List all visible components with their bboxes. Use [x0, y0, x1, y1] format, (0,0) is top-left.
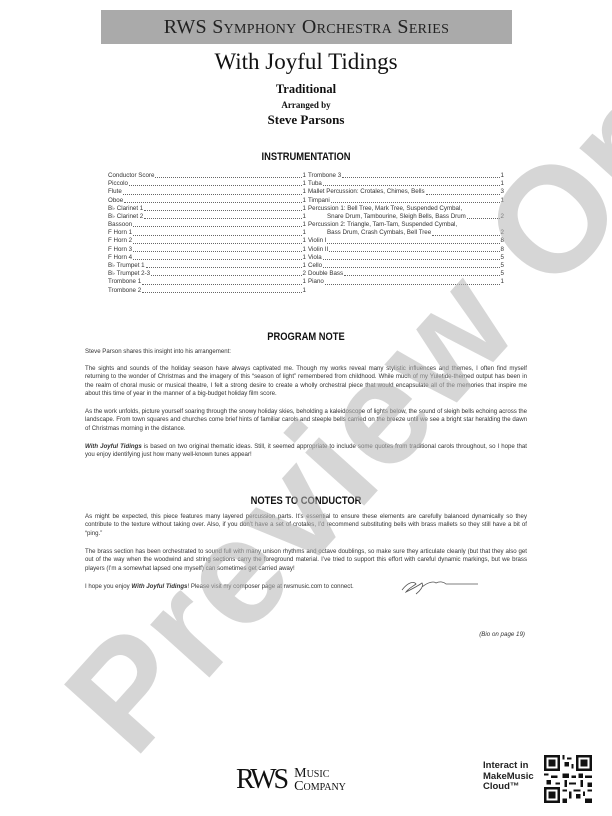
- instrument-name: Timpani: [308, 197, 330, 205]
- instrument-name-continued: Snare Drum, Tambourine, Sleigh Bells, Ba…: [308, 213, 504, 221]
- instrument-quantity: 1: [303, 172, 306, 180]
- instrument-row: F Horn 31: [108, 246, 306, 254]
- instrument-quantity: 1: [303, 278, 306, 286]
- instrument-name: Percussion 2: Triangle, Tam-Tam, Suspend…: [308, 221, 504, 229]
- instrument-row: Percussion 2: Triangle, Tam-Tam, Suspend…: [308, 221, 504, 237]
- instrument-quantity: 5: [501, 254, 504, 262]
- instrument-name: B♭ Trumpet 1: [108, 262, 145, 270]
- dot-leader: [146, 267, 302, 268]
- dot-leader: [155, 177, 301, 178]
- rws-logo-mark: RWS: [236, 764, 286, 796]
- dot-leader: [123, 194, 302, 195]
- instrument-name: B♭ Clarinet 2: [108, 213, 143, 221]
- program-note-intro: Steve Parson shares this insight into hi…: [85, 348, 527, 356]
- instrument-name: Piano: [308, 278, 324, 286]
- dot-leader: [133, 235, 301, 236]
- instrument-quantity: 8: [501, 246, 504, 254]
- instrument-name: Percussion 1: Bell Tree, Mark Tree, Susp…: [308, 205, 504, 213]
- dot-leader: [426, 194, 500, 195]
- instrument-quantity: 5: [501, 262, 504, 270]
- instrument-quantity: 3: [501, 188, 504, 196]
- instrument-name: Trombone 1: [108, 278, 141, 286]
- conductor-note-p3-rest: ! Please visit my composer page at rwsmu…: [187, 583, 353, 590]
- instrument-row: Tuba1: [308, 180, 504, 188]
- instrument-row: Timpani1: [308, 197, 504, 205]
- instrument-name: Viola: [308, 254, 322, 262]
- instrument-name: B♭ Clarinet 1: [108, 205, 143, 213]
- instrument-name: F Horn 3: [108, 246, 132, 254]
- instrument-quantity: 8: [501, 237, 504, 245]
- instrument-name: Violin II: [308, 246, 328, 254]
- dot-leader: [142, 292, 301, 293]
- dot-leader: [142, 284, 301, 285]
- instrument-row: Piccolo1: [108, 180, 306, 188]
- instrument-name-2: Snare Drum, Tambourine, Sleigh Bells, Ba…: [327, 213, 466, 221]
- conductor-note-paragraph-2: The brass section has been orchestrated …: [85, 548, 527, 573]
- instrument-quantity: 1: [303, 188, 306, 196]
- instrument-name: F Horn 1: [108, 229, 132, 237]
- instrument-row: Double Bass5: [308, 270, 504, 278]
- instrument-row: F Horn 41: [108, 254, 306, 262]
- conductor-note-p3-start: I hope you enjoy: [85, 583, 131, 590]
- instrument-row: B♭ Trumpet 11: [108, 262, 306, 270]
- instrument-row: Bassoon1: [108, 221, 306, 229]
- instrument-quantity: 1: [303, 254, 306, 262]
- instrument-name: Mallet Percussion: Crotales, Chimes, Bel…: [308, 188, 425, 196]
- instrument-row: F Horn 11: [108, 229, 306, 237]
- instrument-row: B♭ Clarinet 11: [108, 205, 306, 213]
- logo-line-2: Company: [294, 780, 346, 793]
- instrument-row: Percussion 1: Bell Tree, Mark Tree, Susp…: [308, 205, 504, 221]
- program-note-paragraph-3: With Joyful Tidings is based on two orig…: [85, 443, 527, 460]
- instrument-row: Cello5: [308, 262, 504, 270]
- dot-leader: [133, 226, 301, 227]
- qr-code-icon[interactable]: [544, 755, 592, 803]
- instrument-quantity: 5: [501, 270, 504, 278]
- instrument-quantity: 1: [501, 278, 504, 286]
- dot-leader: [129, 185, 302, 186]
- dot-leader: [344, 275, 499, 276]
- dot-leader: [329, 251, 499, 252]
- instrument-row: Mallet Percussion: Crotales, Chimes, Bel…: [308, 188, 504, 196]
- instrument-name: F Horn 2: [108, 237, 132, 245]
- cloud-line-1: Interact in: [483, 761, 534, 772]
- instrument-name: Violin I: [308, 237, 326, 245]
- instrument-row: F Horn 21: [108, 238, 306, 246]
- dot-leader: [124, 202, 301, 203]
- instrument-name-continued: Bass Drum, Crash Cymbals, Bell Tree2: [308, 229, 504, 237]
- instrument-quantity: 1: [501, 172, 504, 180]
- rws-music-company-logo: RWS Music Company: [236, 756, 376, 804]
- dot-leader: [323, 185, 500, 186]
- arranged-by-label: Arranged by: [0, 100, 612, 110]
- instrument-row: Violin I8: [308, 238, 504, 246]
- instrument-name: B♭ Trumpet 2-3: [108, 270, 150, 278]
- instrument-quantity: 1: [501, 197, 504, 205]
- conductor-note-paragraph-1: As might be expected, this piece feature…: [85, 513, 527, 538]
- bio-note: (Bio on page 19): [479, 631, 525, 638]
- instrument-quantity: 1: [501, 180, 504, 188]
- series-banner: RWS Symphony Orchestra Series: [101, 10, 512, 44]
- instrument-name-2: Bass Drum, Crash Cymbals, Bell Tree: [327, 229, 431, 237]
- instrument-row: Piano1: [308, 278, 504, 286]
- rws-logo-wordmark: Music Company: [294, 767, 346, 793]
- arranger: Steve Parsons: [0, 112, 612, 128]
- instrument-row: Viola5: [308, 254, 504, 262]
- program-note-paragraph-2: As the work unfolds, picture yourself so…: [85, 408, 527, 433]
- instrument-quantity: 1: [303, 213, 306, 221]
- piece-title: With Joyful Tidings: [0, 49, 612, 75]
- instrument-row: Oboe1: [108, 197, 306, 205]
- instrumentation-right-column: Trombone 31Tuba1Mallet Percussion: Crota…: [308, 172, 504, 287]
- instrument-row: Trombone 21: [108, 287, 306, 295]
- series-title: RWS Symphony Orchestra Series: [164, 16, 449, 39]
- instrument-quantity: 1: [303, 237, 306, 245]
- instrument-quantity: 2: [501, 213, 504, 221]
- instrument-quantity: 1: [303, 287, 306, 295]
- signature-image: [400, 578, 480, 596]
- instrument-row: Conductor Score1: [108, 172, 306, 180]
- instrumentation-heading: INSTRUMENTATION: [46, 151, 566, 163]
- instrument-quantity: 1: [303, 262, 306, 270]
- instrument-name: Trombone 2: [108, 287, 141, 295]
- instrument-quantity: 2: [501, 229, 504, 237]
- instrumentation-left-column: Conductor Score1Piccolo1Flute1Oboe1B♭ Cl…: [108, 172, 306, 295]
- dot-leader: [133, 243, 301, 244]
- makemusic-cloud-label: Interact in MakeMusic Cloud™: [483, 761, 534, 793]
- dot-leader: [325, 284, 500, 285]
- instrument-quantity: 1: [303, 221, 306, 229]
- instrument-quantity: 1: [303, 205, 306, 213]
- instrument-name: Double Bass: [308, 270, 343, 278]
- instrument-quantity: 1: [303, 229, 306, 237]
- instrument-quantity: 1: [303, 180, 306, 188]
- piece-title-inline: With Joyful Tidings: [85, 443, 142, 450]
- dot-leader: [133, 259, 301, 260]
- instrument-row: Violin II8: [308, 246, 504, 254]
- dot-leader: [467, 218, 500, 219]
- instrument-row: Trombone 31: [308, 172, 504, 180]
- dot-leader: [133, 251, 301, 252]
- cloud-line-3: Cloud™: [483, 782, 534, 793]
- dot-leader: [327, 243, 499, 244]
- dot-leader: [323, 259, 500, 260]
- instrument-quantity: 2: [303, 270, 306, 278]
- program-note-paragraph-3-text: is based on two original thematic ideas.…: [85, 443, 527, 458]
- instrument-row: Flute1: [108, 188, 306, 196]
- instrument-name: Tuba: [308, 180, 322, 188]
- instrument-name: Cello: [308, 262, 322, 270]
- dot-leader: [144, 210, 301, 211]
- instrument-name: Bassoon: [108, 221, 132, 229]
- instrument-quantity: 1: [303, 246, 306, 254]
- instrument-quantity: 1: [303, 197, 306, 205]
- notes-to-conductor-heading: NOTES TO CONDUCTOR: [46, 495, 566, 507]
- composer: Traditional: [0, 82, 612, 97]
- program-note-paragraph-1: The sights and sounds of the holiday sea…: [85, 365, 527, 399]
- dot-leader: [331, 202, 500, 203]
- dot-leader: [151, 275, 301, 276]
- dot-leader: [144, 218, 301, 219]
- instrument-name: Trombone 3: [308, 172, 341, 180]
- program-note-heading: PROGRAM NOTE: [46, 331, 566, 343]
- piece-title-inline: With Joyful Tidings: [131, 583, 187, 590]
- instrument-name: Conductor Score: [108, 172, 154, 180]
- dot-leader: [342, 177, 499, 178]
- instrument-name: F Horn 4: [108, 254, 132, 262]
- dot-leader: [323, 267, 499, 268]
- instrument-row: B♭ Clarinet 21: [108, 213, 306, 221]
- instrument-name: Oboe: [108, 197, 123, 205]
- instrument-name: Flute: [108, 188, 122, 196]
- dot-leader: [432, 235, 499, 236]
- instrument-row: B♭ Trumpet 2-32: [108, 270, 306, 278]
- instrument-name: Piccolo: [108, 180, 128, 188]
- instrument-row: Trombone 11: [108, 278, 306, 286]
